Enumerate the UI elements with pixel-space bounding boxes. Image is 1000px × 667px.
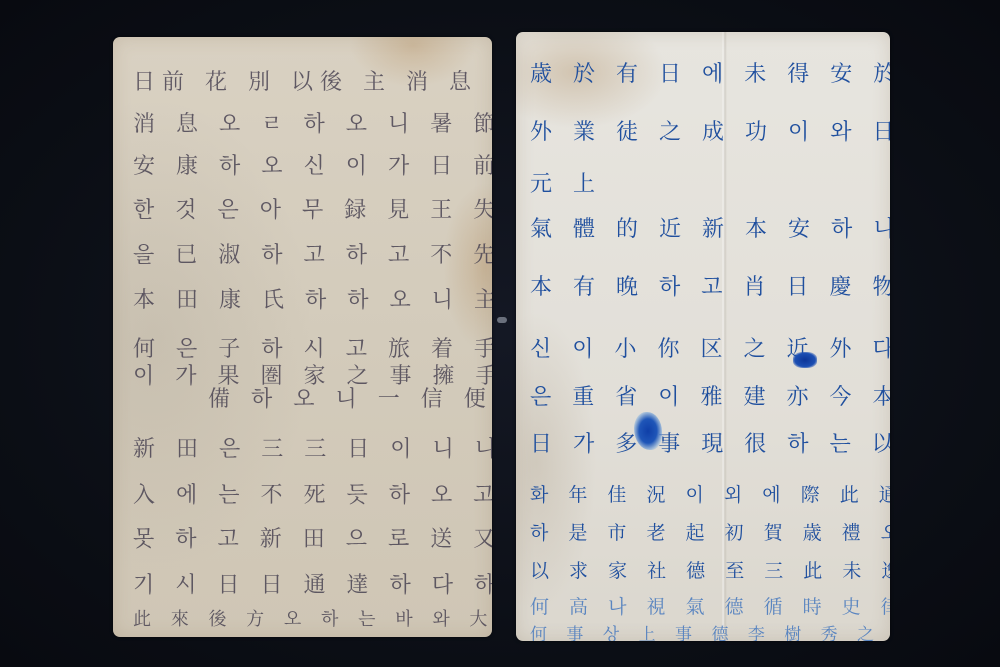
handwritten-line: 以 求 家 社 德 至 三 此 未 逸 誠 이 외 가 [516, 558, 890, 584]
postcard-right: 歳 於 有 日 에 未 得 安 於 하 外 業 徒 之 成 功 이 와 日 後 … [516, 32, 890, 641]
handwritten-line: 備 하 오 니 一 信 便 [113, 387, 492, 413]
handwritten-line: 을 已 淑 하 고 하 고 不 先 이 歸 家 [113, 243, 492, 269]
handwritten-line: 本 田 康 氏 하 하 오 니 主 任 에 게 割 [113, 288, 492, 314]
handwritten-line: 日 가 多 事 現 很 하 는 以 是 欲 [516, 432, 890, 458]
handwritten-line: 何 高 나 視 氣 德 循 時 史 律 以 う [516, 594, 890, 620]
handwritten-line: 安 康 하 오 신 이 가 日 前 付 託 [113, 154, 492, 180]
handwritten-line: 何 은 子 하 시 고 旅 着 手 이 하 고 하 [113, 337, 492, 363]
handwritten-line: 元 上 [516, 172, 890, 198]
handwritten-line: 何 事 상 上 事 德 李 樹 秀 之 込 う [516, 622, 890, 641]
handwritten-line: 本 有 晚 하 고 肖 日 慶 物 松 之 [516, 275, 890, 301]
handwritten-line: 화 年 佳 況 이 외 에 際 此 通 由 之 際 [516, 482, 890, 508]
handwritten-line: 新 田 은 三 三 日 이 니 니 萬 에 [113, 437, 492, 463]
handwritten-line: 하 是 市 老 起 初 賀 歳 禮 오 小 九 及 가 [516, 520, 890, 546]
handwritten-line: 氣 體 的 近 新 本 安 하 니 日 九 [516, 217, 890, 243]
handwritten-line: 入 에 는 不 死 듯 하 오 고 救 送 [113, 483, 492, 509]
handwritten-line: 日前 花 別 以後 主 消 息 이 無 [113, 70, 492, 96]
handwritten-line: 外 業 徒 之 成 功 이 와 日 後 未 審 [516, 120, 890, 146]
postcard-left: 日前 花 別 以後 主 消 息 이 無 消 息 오 ㄹ 하 오 니 暑 節 에 … [113, 37, 492, 637]
handwritten-line: 신 이 小 你 区 之 近 外 다 的 情 [516, 337, 890, 363]
handwritten-line: 消 息 오 ㄹ 하 오 니 暑 節 에 [113, 112, 492, 138]
separator-mark [497, 317, 507, 323]
handwritten-line: 한 것 은 아 무 録 見 王 失 續 以 이 [113, 198, 492, 224]
handwritten-line: 못 하 고 新 田 으 로 送 又 하 [113, 527, 492, 553]
handwritten-line: 此 來 後 方 오 하 는 바 와 大 送 此 何 [113, 607, 492, 633]
handwritten-line: 기 시 日 日 通 達 하 다 하 고 니 [113, 573, 492, 599]
handwritten-line: 은 重 省 이 雅 建 亦 今 本 上 為 [516, 385, 890, 411]
ink-smudge [793, 352, 817, 368]
handwritten-line: 歳 於 有 日 에 未 得 安 於 하 [516, 62, 890, 88]
